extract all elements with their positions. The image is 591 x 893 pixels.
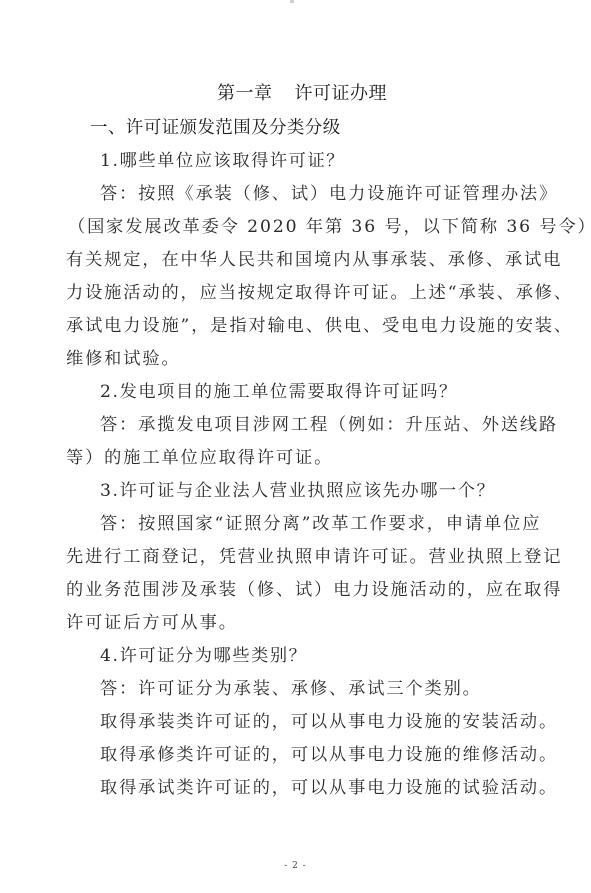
answer-2-line-2: 等）的施工单位应取得许可证。 <box>66 442 528 475</box>
answer-1-line-6: 维修和试验。 <box>66 343 528 376</box>
answer-2-line-1: 答：承揽发电项目涉网工程（例如：升压站、外送线路 <box>66 409 528 442</box>
answer-1-line-5: 承试电力设施”，是指对输电、供电、受电电力设施的安装、 <box>66 310 528 343</box>
chapter-number: 第一章 <box>217 83 273 104</box>
chapter-name: 许可证办理 <box>295 83 388 104</box>
answer-3-line-3: 的业务范围涉及承装（修、试）电力设施活动的，应在取得 <box>66 574 528 607</box>
answer-3-line-4: 许可证后方可从事。 <box>66 607 528 640</box>
answer-4-line-2: 取得承装类许可证的，可以从事电力设施的安装活动。 <box>66 706 528 739</box>
chapter-title: 第一章许可证办理 <box>66 76 528 112</box>
scan-artifact-mark <box>290 0 294 3</box>
question-4: 4.许可证分为哪些类别？ <box>66 640 528 673</box>
document-page: 第一章许可证办理 一、许可证颁发范围及分类分级 1.哪些单位应该取得许可证？ 答… <box>66 76 528 805</box>
answer-1-line-3: 有关规定，在中华人民共和国境内从事承装、承修、承试电 <box>66 244 528 277</box>
answer-3-line-1: 答：按照国家“证照分离”改革工作要求，申请单位应 <box>66 508 528 541</box>
page-number: - 2 - <box>0 861 591 871</box>
answer-3-line-2: 先进行工商登记，凭营业执照申请许可证。营业执照上登记 <box>66 541 528 574</box>
question-1: 1.哪些单位应该取得许可证？ <box>66 145 528 178</box>
answer-1-line-4: 力设施活动的，应当按规定取得许可证。上述“承装、承修、 <box>66 277 528 310</box>
answer-1-line-2: （国家发展改革委令 2020 年第 36 号，以下简称 36 号令） <box>66 211 528 244</box>
question-2: 2.发电项目的施工单位需要取得许可证吗？ <box>66 376 528 409</box>
answer-4-line-4: 取得承试类许可证的，可以从事电力设施的试验活动。 <box>66 772 528 805</box>
question-3: 3.许可证与企业法人营业执照应该先办哪一个？ <box>66 475 528 508</box>
section-heading: 一、许可证颁发范围及分类分级 <box>66 112 528 145</box>
answer-1-line-1: 答：按照《承装（修、试）电力设施许可证管理办法》 <box>66 178 528 211</box>
answer-4-line-3: 取得承修类许可证的，可以从事电力设施的维修活动。 <box>66 739 528 772</box>
answer-4-line-1: 答：许可证分为承装、承修、承试三个类别。 <box>66 673 528 706</box>
